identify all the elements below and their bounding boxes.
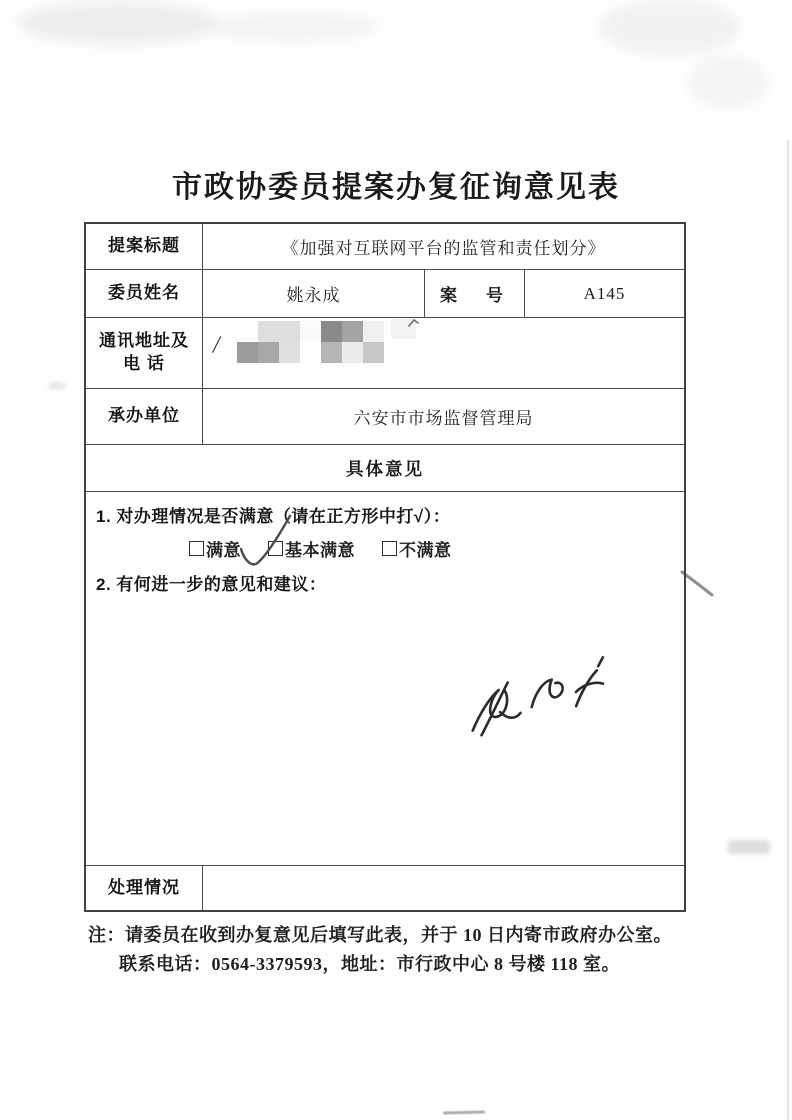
scan-smudge (600, 0, 740, 55)
footer-note-line2: 联系电话：0564-3379593，地址：市行政中心 8 号楼 118 室。 (119, 950, 739, 976)
handling-status-label: 处理情况 (86, 866, 202, 910)
proposal-title-label: 提案标题 (86, 224, 202, 269)
handling-status-value (202, 866, 684, 910)
scan-smudge (688, 55, 768, 110)
opinion-body: 1. 对办理情况是否满意（请在正方形中打√）： 满意 基本满意 不满意 (86, 492, 684, 865)
option-satisfied-label: 满意 (206, 536, 241, 561)
case-number-label: 案 号 (424, 270, 524, 317)
contact-label-line2: 电 话 (123, 353, 165, 376)
option-basically-satisfied-label: 基本满意 (285, 536, 355, 561)
checkbox-not-satisfied (382, 541, 397, 556)
scan-edge-line (787, 140, 789, 1120)
row-handling-unit: 承办单位 六安市市场监督管理局 (86, 388, 684, 444)
row-opinion-header: 具体意见 (86, 444, 684, 491)
row-handling-status: 处理情况 (86, 865, 684, 910)
checkbox-satisfied (189, 541, 204, 556)
footer-note-line1: 注：请委员在收到办复意见后填写此表，并于 10 日内寄市政府办公室。 (88, 921, 708, 947)
question-1: 1. 对办理情况是否满意（请在正方形中打√）： (96, 502, 684, 527)
handwritten-slash: / (211, 330, 222, 361)
row-proposal-title: 提案标题 《加强对互联网平台的监管和责任划分》 (86, 224, 684, 269)
page-title: 市政协委员提案办复征询意见表 (0, 162, 792, 206)
contact-label: 通讯地址及 电 话 (86, 318, 202, 388)
case-number-value: A145 (524, 270, 684, 317)
scan-smudge (48, 382, 66, 390)
option-group: 满意 基本满意 不满意 (189, 536, 684, 561)
contact-value-cell: / (202, 318, 684, 388)
member-name-value: 姚永成 (202, 270, 424, 317)
checkbox-basically-satisfied (268, 541, 283, 556)
scan-smudge (728, 840, 770, 854)
form-table: 提案标题 《加强对互联网平台的监管和责任划分》 委员姓名 姚永成 案 号 A14… (84, 222, 686, 912)
contact-label-line1: 通讯地址及 (99, 330, 189, 353)
opinion-header: 具体意见 (86, 445, 684, 491)
option-satisfied: 满意 (189, 536, 241, 561)
option-not-satisfied: 不满意 (382, 536, 452, 561)
scan-mark (443, 1110, 485, 1114)
member-name-label: 委员姓名 (86, 270, 202, 317)
row-contact: 通讯地址及 电 话 / (86, 317, 684, 388)
handling-unit-value: 六安市市场监督管理局 (202, 389, 684, 444)
handling-unit-label: 承办单位 (86, 389, 202, 444)
scan-smudge (18, 2, 218, 44)
redaction-mosaic (237, 321, 384, 363)
row-opinion-body: 1. 对办理情况是否满意（请在正方形中打√）： 满意 基本满意 不满意 (86, 491, 684, 865)
proposal-title-value: 《加强对互联网平台的监管和责任划分》 (202, 224, 684, 269)
scan-smudge (210, 12, 380, 42)
scanned-form-page: 市政协委员提案办复征询意见表 提案标题 《加强对互联网平台的监管和责任划分》 委… (0, 0, 792, 1120)
option-basically-satisfied: 基本满意 (268, 536, 355, 561)
tiny-pen-tick (408, 318, 420, 328)
row-member-case: 委员姓名 姚永成 案 号 A145 (86, 269, 684, 317)
option-not-satisfied-label: 不满意 (399, 536, 452, 561)
question-2: 2. 有何进一步的意见和建议： (96, 570, 684, 595)
